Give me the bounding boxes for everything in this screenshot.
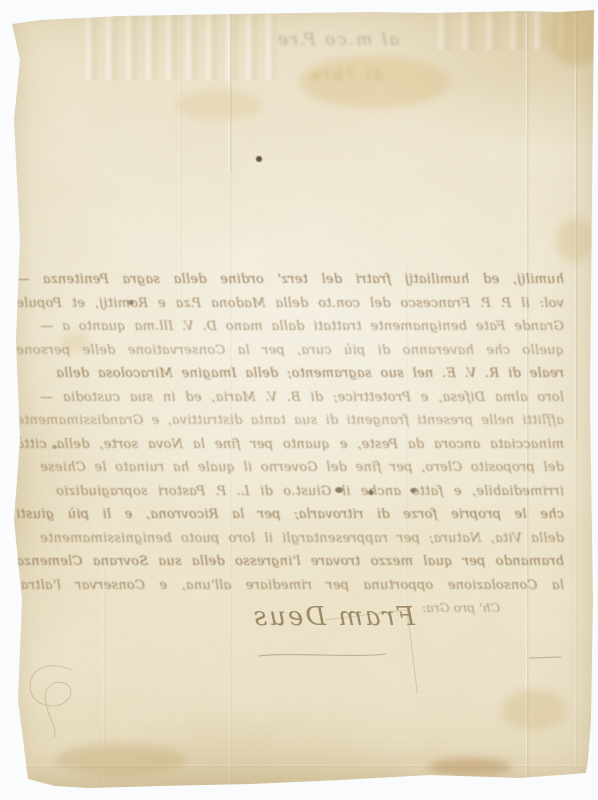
fold-crease xyxy=(574,438,578,768)
ink-blot xyxy=(410,488,417,493)
stain xyxy=(428,758,512,776)
bleed-line: afflitti nelle presenti frangenti di sua… xyxy=(16,409,564,433)
speck xyxy=(256,156,262,162)
scratch-mark xyxy=(529,656,561,658)
bleed-line: reale di R. V. E. nel suo sagramento; de… xyxy=(16,362,564,386)
ink-blot xyxy=(368,490,374,495)
top-annotation: di 7bre xyxy=(308,66,383,84)
bleed-line: irrimediabile, e fatto anche il Giust.o … xyxy=(16,480,564,504)
bleed-line: loro alma Difesa, e Protettrice; di B. V… xyxy=(16,386,564,410)
scan-background: al m.co P.re di 7bre humilij, ed humilia… xyxy=(0,0,598,800)
bleed-line: quello che haveranno di più cura, per la… xyxy=(16,339,564,363)
top-annotation: al m.co P.re xyxy=(276,30,399,50)
bleed-line: vol: il P. P. Francesco del con.to della… xyxy=(16,292,564,316)
bleed-line: Grande Fate benignamente trattati dalla … xyxy=(16,315,564,339)
bleed-line: bramando per qual mezzo trovare l'ingres… xyxy=(16,550,564,574)
bleedthrough-text-block: humilij, ed humiliatij fratri del terz' … xyxy=(16,268,564,597)
bleed-line: della Vita, Natura; per rappresentargli … xyxy=(16,527,564,551)
bleed-line: che le proprie forze di ritrovarla; per … xyxy=(16,503,564,527)
ink-blot xyxy=(52,445,57,449)
ink-blot xyxy=(128,300,134,305)
seal-impression-outline xyxy=(325,609,418,703)
stain xyxy=(548,2,598,66)
stain xyxy=(176,90,262,120)
pen-squiggle xyxy=(22,660,82,740)
fold-crease xyxy=(178,8,182,308)
bleed-line: humilij, ed humiliatij fratri del terz' … xyxy=(16,268,564,292)
stain xyxy=(56,744,186,776)
letter-paper: al m.co P.re di 7bre humilij, ed humilia… xyxy=(8,8,596,792)
bleed-line: del proposito Clero, per fine del Govern… xyxy=(16,456,564,480)
bleed-line: minacciata ancora da Peste, e quanto per… xyxy=(16,433,564,457)
closing-text: Ch' pro Gra: xyxy=(422,600,500,615)
stain xyxy=(502,690,566,730)
stain xyxy=(556,218,594,262)
bleed-line: la Consolazione opportuna per rimediare … xyxy=(16,574,564,598)
ink-blot xyxy=(335,487,343,493)
